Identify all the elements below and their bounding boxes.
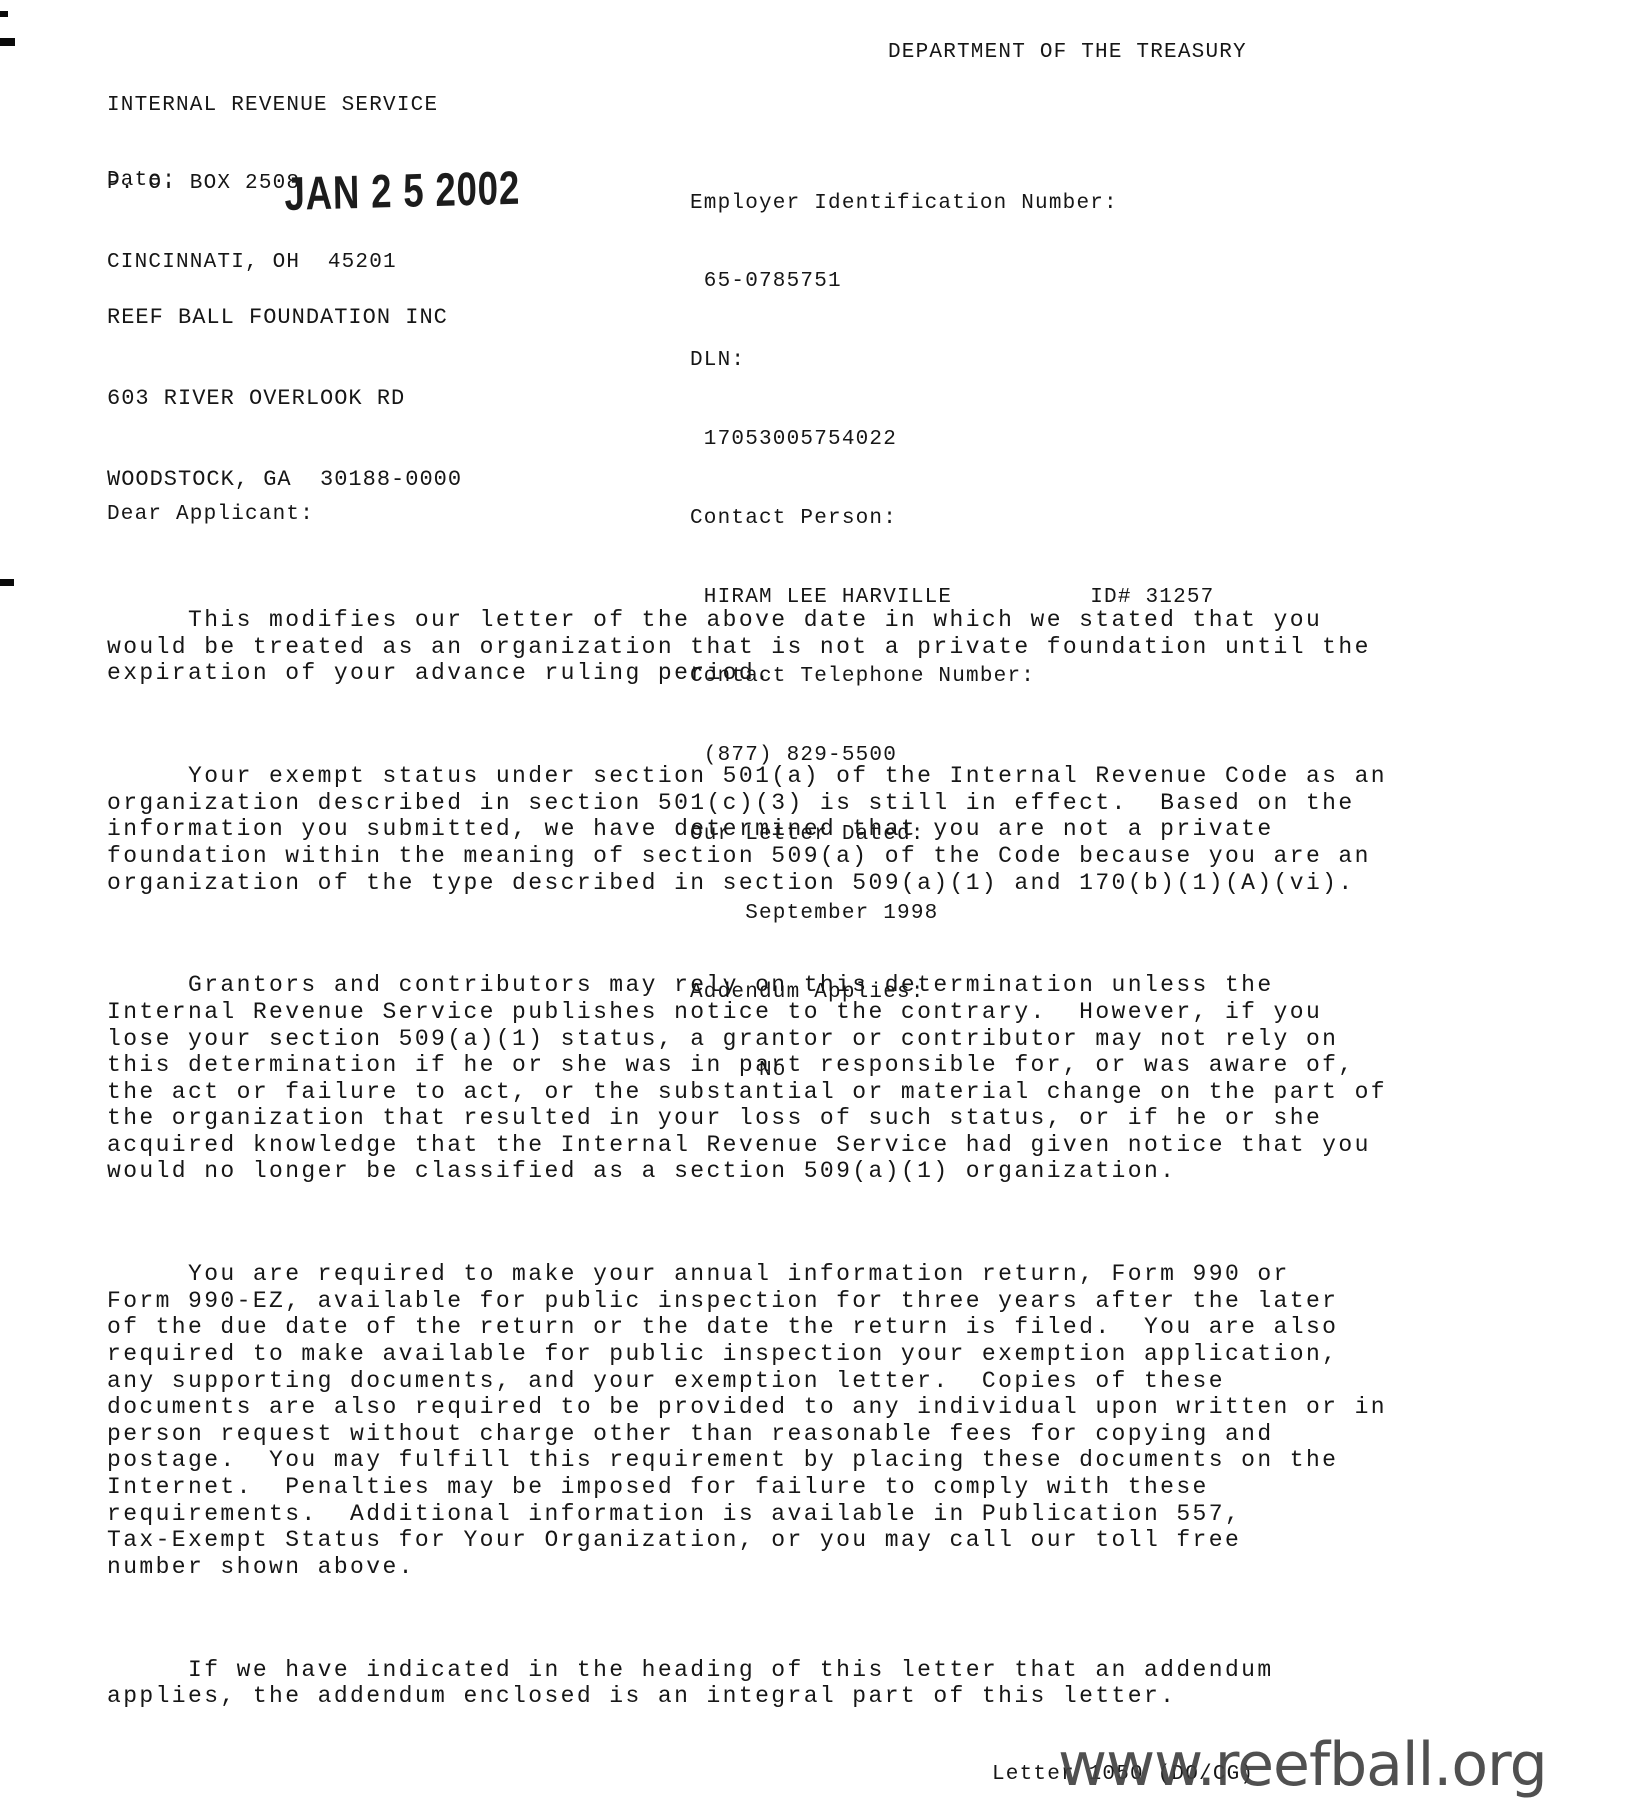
- dln-label: DLN:: [690, 348, 1214, 374]
- date-label: Date:: [107, 168, 176, 194]
- scan-artifact-mark: [0, 579, 14, 586]
- body-paragraph: You are required to make your annual inf…: [107, 1261, 1387, 1580]
- watermark-website-overlay: www.reefball.org: [1058, 1730, 1547, 1800]
- ein-label: Employer Identification Number:: [690, 191, 1214, 217]
- body-paragraph: If we have indicated in the heading of t…: [107, 1657, 1387, 1710]
- recipient-org-name: REEF BALL FOUNDATION INC: [107, 304, 462, 331]
- recipient-street: 603 RIVER OVERLOOK RD: [107, 385, 462, 412]
- salutation: Dear Applicant:: [107, 502, 314, 528]
- date-stamp: JAN 2 5 2002: [284, 160, 520, 221]
- scan-artifact-mark: [0, 11, 8, 17]
- body-paragraph: Grantors and contributors may rely on th…: [107, 972, 1387, 1185]
- body-paragraph: This modifies our letter of the above da…: [107, 607, 1387, 687]
- scan-artifact-mark: [0, 38, 15, 46]
- dln-value: 17053005754022: [690, 427, 1214, 453]
- recipient-city-state-zip: WOODSTOCK, GA 30188-0000: [107, 466, 462, 493]
- contact-person-label: Contact Person:: [690, 506, 1214, 532]
- scanned-irs-letter-page: INTERNAL REVENUE SERVICE P. O. BOX 2508 …: [0, 0, 1630, 1820]
- body-paragraph: Your exempt status under section 501(a) …: [107, 763, 1387, 896]
- sender-org-name: INTERNAL REVENUE SERVICE: [107, 93, 438, 119]
- ein-value: 65-0785751: [690, 269, 1214, 295]
- letter-body: This modifies our letter of the above da…: [107, 554, 1387, 1786]
- agency-name: DEPARTMENT OF THE TREASURY: [888, 40, 1247, 66]
